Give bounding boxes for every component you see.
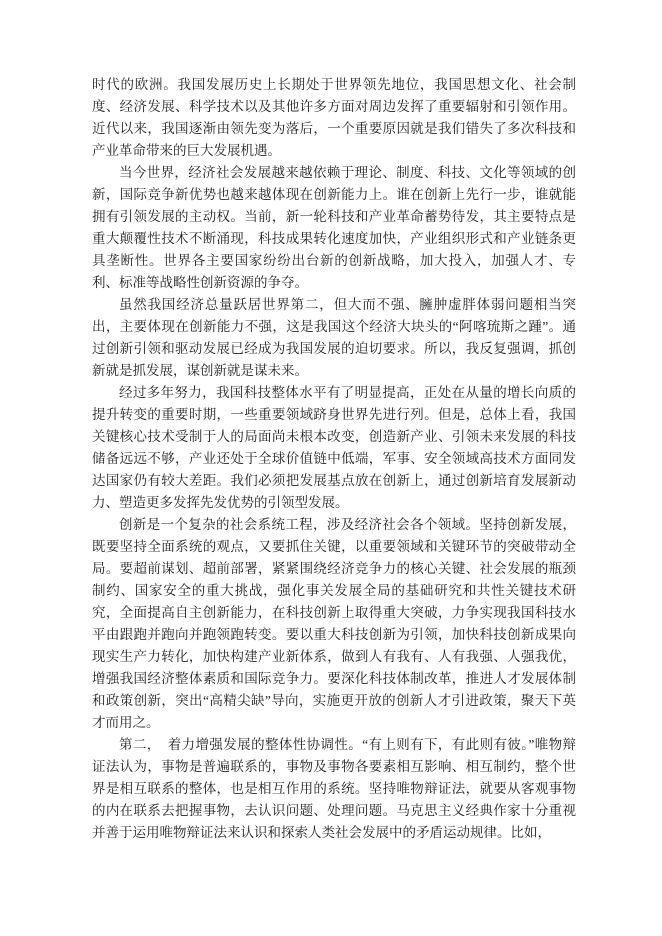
paragraph-innovation-system: 创新是一个复杂的社会系统工程，涉及经济社会各个领域。坚持创新发展，既要坚持全面系… [92,514,576,734]
paragraph-second-point: 第二， 着力增强发展的整体性协调性。“有上则有下，有此则有彼。”唯物辩证法认为，… [92,734,576,844]
paragraph-tech-level: 经过多年努力，我国科技整体水平有了明显提高，正处在从量的增长向质的提升转变的重要… [92,382,576,514]
paragraph-economy-achilles: 虽然我国经济总量跃居世界第二，但大而不强、臃肿虚胖体弱问题相当突出，主要体现在创… [92,294,576,382]
paragraph-innovation-world: 当今世界，经济社会发展越来越依赖于理论、制度、科技、文化等领域的创新，国际竞争新… [92,162,576,294]
paragraph-continuation: 时代的欧洲。我国发展历史上长期处于世界领先地位，我国思想文化、社会制度、经济发展… [92,74,576,162]
document-page: 时代的欧洲。我国发展历史上长期处于世界领先地位，我国思想文化、社会制度、经济发展… [0,0,662,936]
